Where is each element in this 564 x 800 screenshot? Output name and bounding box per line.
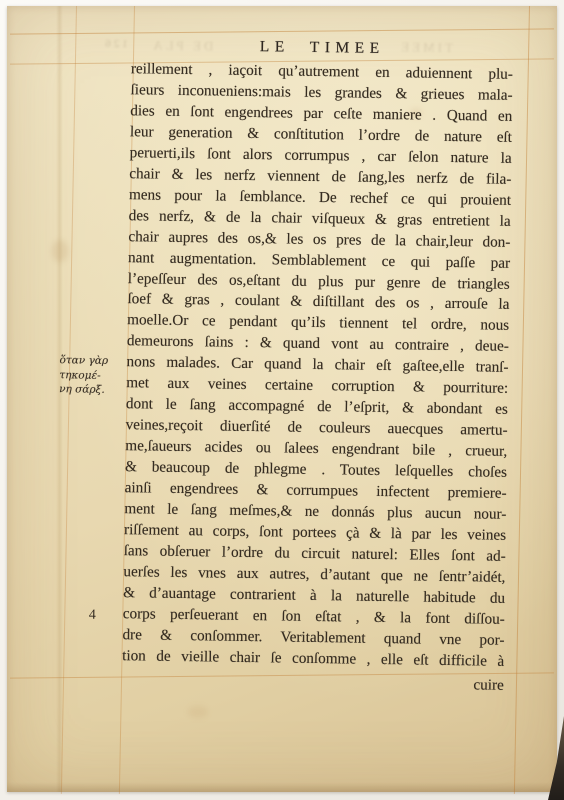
page-bottom-shadow xyxy=(7,782,557,792)
bleedthrough-page-number: 126 xyxy=(102,38,128,50)
margin-signature-number: 4 xyxy=(89,608,96,624)
catchword: cuire xyxy=(122,671,504,695)
greek-margin-note: ὅταν γὰρτηκομέ-νη σάρξ. xyxy=(59,353,126,397)
greek-note-line: ὅταν γὰρ xyxy=(59,353,125,368)
greek-note-line: τηκομέ- xyxy=(59,368,125,383)
scanned-book-page: 126 DE PLA TIMEE LE TIMEE reillement , i… xyxy=(0,0,564,800)
greek-note-line: νη σάρξ. xyxy=(59,382,125,397)
running-title: LE TIMEE xyxy=(131,36,513,60)
body-text-block: reillement , iaçoit qu’autrement en adui… xyxy=(122,59,513,672)
printed-content: 126 DE PLA TIMEE LE TIMEE reillement , i… xyxy=(0,0,564,800)
